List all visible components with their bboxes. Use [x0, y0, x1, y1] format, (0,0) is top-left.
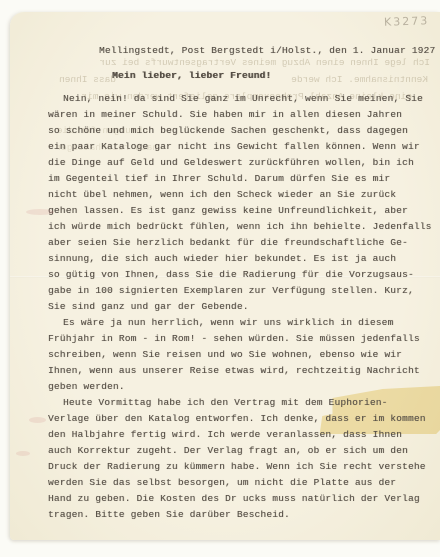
letter-body: Nein, nein! da sind Sie ganz im Unrecht,… — [48, 91, 440, 523]
paragraph: Heute Vormittag habe ich den Vertrag mit… — [48, 395, 440, 523]
body-line: Frühjahr in Rom - in Rom! - sehen würden… — [48, 331, 440, 347]
pencil-annotation: K3273 — [384, 14, 430, 29]
body-line: Es wäre ja nun herrlich, wenn wir uns wi… — [48, 315, 440, 331]
body-line: Sie sind ganz und gar der Gebende. — [48, 299, 440, 315]
body-line: werden Sie das selbst besorgen, um nicht… — [48, 475, 440, 491]
body-line: tragen. Bitte geben Sie darüber Bescheid… — [48, 507, 440, 523]
body-line: schreiben, wenn Sie reisen und wo Sie wo… — [48, 347, 440, 363]
body-line: nicht übel nehmen, wenn ich den Scheck w… — [48, 187, 440, 203]
ink-smudge — [16, 451, 30, 456]
body-line: so gütig von Ihnen, dass Sie die Radieru… — [48, 267, 440, 283]
ghost-text: dass Ihnen — [52, 73, 116, 87]
dateline: Mellingstedt, Post Bergstedt i/Holst., d… — [99, 45, 435, 56]
body-line: auch Korrektur zugeht. Der Verlag fragt … — [48, 443, 440, 459]
body-line: ein paar Kataloge gar nicht ins Gewicht … — [48, 139, 440, 155]
body-line: Heute Vormittag habe ich den Vertrag mit… — [48, 395, 440, 411]
paragraph: Nein, nein! da sind Sie ganz im Unrecht,… — [48, 91, 440, 315]
body-line: im Gegenteil tief in Ihrer Schuld. Darum… — [48, 171, 440, 187]
body-line: so schöne und mich beglückende Sachen ge… — [48, 123, 440, 139]
body-line: Verlage über den Katalog entworfen. Ich … — [48, 411, 440, 427]
body-line: Nein, nein! da sind Sie ganz im Unrecht,… — [48, 91, 440, 107]
body-line: Ihnen, wenn aus unserer Reise etwas wird… — [48, 363, 440, 379]
ghost-text: Ich lege Ihnen einen Abzug meines Vertra… — [52, 56, 430, 70]
ink-smudge — [26, 209, 54, 215]
body-line: ich würde mich bedrückt fühlen, wenn ich… — [48, 219, 440, 235]
body-line: wären in meiner Schuld. Sie haben mir in… — [48, 107, 440, 123]
body-line: gabe in 100 signierten Exemplaren zur Ve… — [48, 283, 440, 299]
body-line: Hand zu geben. Die Kosten des Dr ucks mu… — [48, 491, 440, 507]
body-line: den Halbjahre fertig wird. Ich werde ver… — [48, 427, 440, 443]
body-line: sinnung, die sich auch wieder hier bekun… — [48, 251, 440, 267]
paragraph: Es wäre ja nun herrlich, wenn wir uns wi… — [48, 315, 440, 395]
ink-smudge — [29, 417, 46, 423]
body-line: die Dinge auf Geld und Geldeswert zurück… — [48, 155, 440, 171]
body-line: Druck der Radierung zu kümmern habe. Wen… — [48, 459, 440, 475]
body-line: geben werden. — [48, 379, 440, 395]
salutation: Mein lieber, lieber Freund! — [112, 70, 271, 81]
body-line: gehen lassen. Es ist ganz gewiss keine U… — [48, 203, 440, 219]
body-line: aber seien Sie herzlich bedankt für die … — [48, 235, 440, 251]
